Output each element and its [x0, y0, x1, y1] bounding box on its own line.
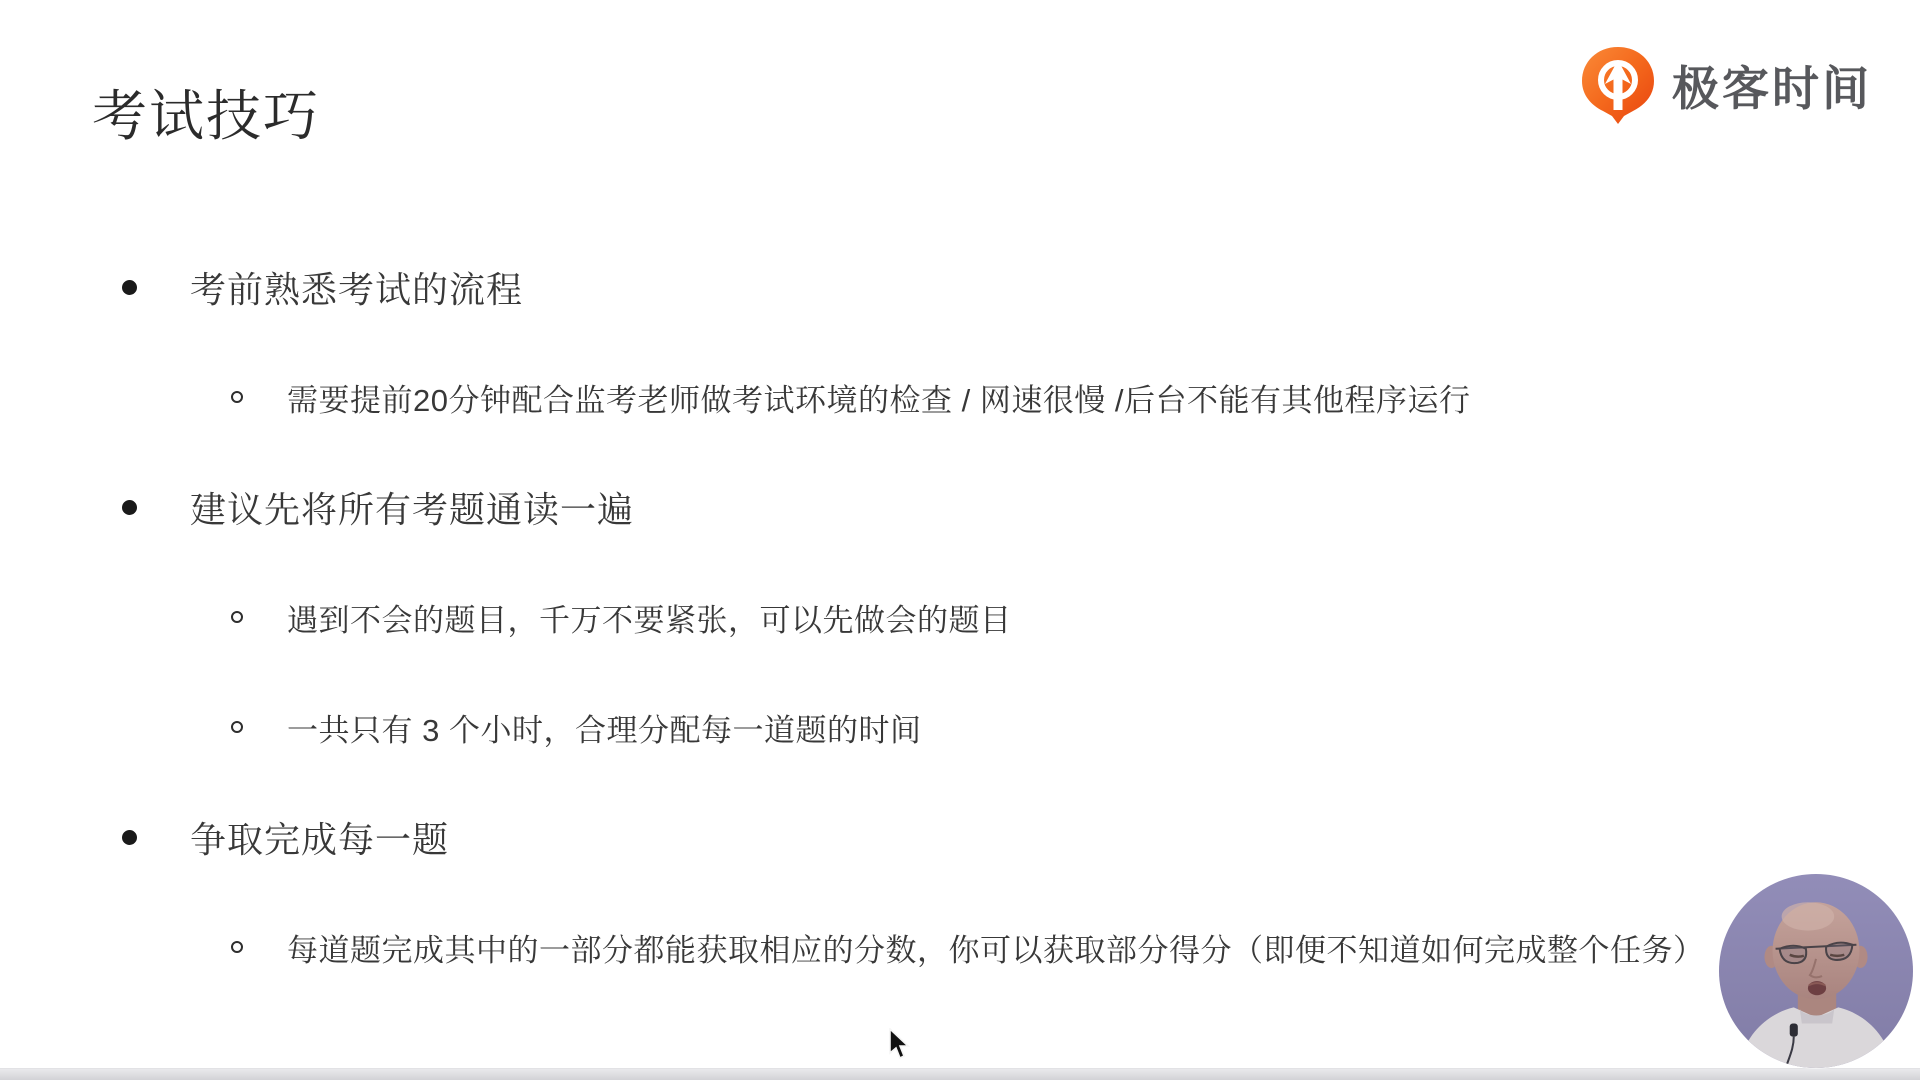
bullet-marker-icon: [231, 941, 243, 953]
bullet-text: 考前熟悉考试的流程: [0, 262, 523, 313]
brand-logo: 极客时间: [1578, 44, 1872, 126]
bullet-text: 需要提前20分钟配合监考老师做考试环境的检查 / 网速很慢 /后台不能有其他程序…: [0, 375, 1471, 420]
geektime-pin-icon: [1578, 44, 1658, 126]
bullet-row-2: 需要提前20分钟配合监考老师做考试环境的检查 / 网速很慢 /后台不能有其他程序…: [0, 342, 1920, 452]
bullet-row-6: 争取完成每一题: [0, 782, 1920, 892]
bullet-marker-icon: [122, 500, 137, 515]
brand-name: 极客时间: [1672, 52, 1872, 119]
bullet-row-7: 每道题完成其中的一部分都能获取相应的分数，你可以获取部分得分（即便不知道如何完成…: [0, 892, 1920, 1002]
bullet-text: 遇到不会的题目，千万不要紧张，可以先做会的题目: [0, 595, 1012, 640]
bullet-marker-icon: [231, 721, 243, 733]
bullet-marker-icon: [231, 391, 243, 403]
page-title: 考试技巧: [92, 72, 320, 151]
bottom-bar: [0, 1068, 1920, 1080]
presenter-portrait: [1719, 874, 1913, 1068]
bullet-marker-icon: [122, 830, 137, 845]
bullet-marker-icon: [122, 280, 137, 295]
presenter-webcam-circle: [1719, 874, 1913, 1068]
bullet-row-4: 遇到不会的题目，千万不要紧张，可以先做会的题目: [0, 562, 1920, 672]
bullet-text: 争取完成每一题: [0, 812, 449, 863]
mouse-cursor: [888, 1028, 912, 1062]
bullet-marker-icon: [231, 611, 243, 623]
bullet-row-1: 考前熟悉考试的流程: [0, 232, 1920, 342]
bullet-text: 建议先将所有考题通读一遍: [0, 482, 634, 533]
bullet-text: 一共只有 3 个小时，合理分配每一道题的时间: [0, 705, 921, 750]
bullet-list: 考前熟悉考试的流程 需要提前20分钟配合监考老师做考试环境的检查 / 网速很慢 …: [0, 232, 1920, 1002]
bullet-text: 每道题完成其中的一部分都能获取相应的分数，你可以获取部分得分（即便不知道如何完成…: [0, 925, 1705, 970]
bullet-row-5: 一共只有 3 个小时，合理分配每一道题的时间: [0, 672, 1920, 782]
bullet-row-3: 建议先将所有考题通读一遍: [0, 452, 1920, 562]
